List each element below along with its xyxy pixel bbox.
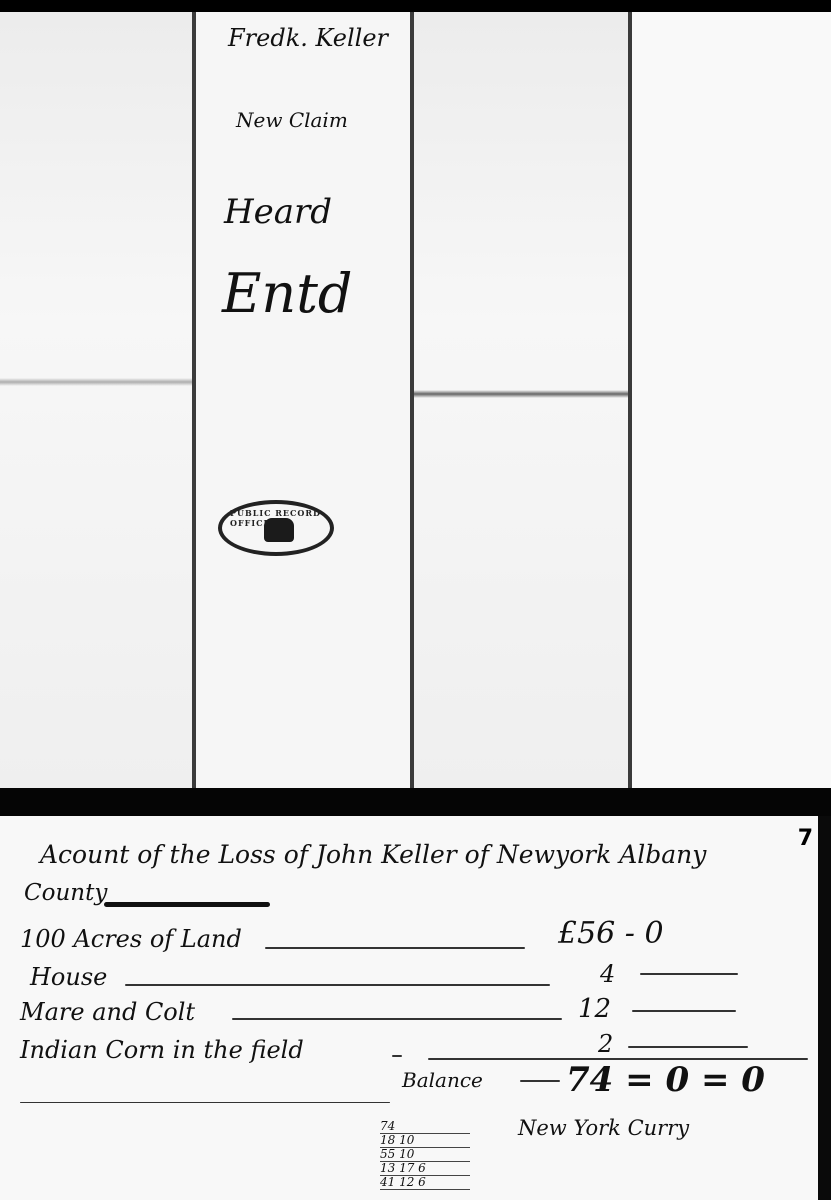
page-edge <box>818 816 831 1200</box>
item-label: Mare and Colt <box>20 998 195 1026</box>
endorsement-entered: Entd <box>222 262 352 325</box>
separator-band <box>0 788 831 816</box>
item-amount: £56 - 0 <box>558 916 664 951</box>
upper-sheet: Fredk. Keller New Claim Heard Entd PUBLI… <box>0 12 831 788</box>
item-amount: 12 <box>578 994 611 1024</box>
fold-panel-4 <box>632 12 831 788</box>
page-number: 7 <box>798 826 813 851</box>
record-office-stamp: PUBLIC RECORD OFFICE <box>218 500 334 556</box>
balance-label: Balance <box>402 1068 483 1092</box>
balance-amount: 74 = 0 = 0 <box>566 1060 765 1100</box>
crown-icon <box>264 518 294 542</box>
fold-line <box>192 12 196 788</box>
endorsement-heard: Heard <box>224 192 332 232</box>
fold-crease <box>0 378 192 386</box>
calc-line: 41 12 6 <box>380 1176 470 1190</box>
leader-line <box>392 1055 402 1057</box>
leader-line <box>265 947 525 949</box>
fold-line <box>628 12 632 788</box>
account-heading-county: County <box>24 880 107 906</box>
endorsement-claim: New Claim <box>236 108 348 132</box>
side-calculation: 74 18 10 55 10 13 17 6 41 12 6 <box>380 1120 470 1190</box>
fold-panel-3 <box>414 12 628 788</box>
fold-crease <box>414 390 628 398</box>
heading-underline <box>104 902 270 907</box>
leader-line <box>232 1018 562 1020</box>
leader-line <box>640 973 738 975</box>
leader-line <box>520 1080 560 1082</box>
fold-line <box>410 12 414 788</box>
leader-line <box>125 984 550 986</box>
fold-panel-1 <box>0 12 192 788</box>
calc-line: 55 10 <box>380 1148 470 1162</box>
divider-line <box>20 1102 390 1103</box>
item-label: House <box>30 963 107 991</box>
item-label: Indian Corn in the field <box>20 1036 304 1064</box>
calc-line: 74 <box>380 1120 470 1134</box>
currency-note: New York Curry <box>518 1116 689 1140</box>
leader-line <box>632 1010 736 1012</box>
leader-line <box>628 1046 748 1048</box>
item-amount: 2 <box>598 1030 613 1058</box>
calc-line: 13 17 6 <box>380 1162 470 1176</box>
item-label: 100 Acres of Land <box>20 925 242 953</box>
calc-line: 18 10 <box>380 1134 470 1148</box>
item-amount: 4 <box>600 960 615 988</box>
account-heading: Acount of the Loss of John Keller of New… <box>40 840 706 869</box>
endorsement-name: Fredk. Keller <box>228 24 388 52</box>
